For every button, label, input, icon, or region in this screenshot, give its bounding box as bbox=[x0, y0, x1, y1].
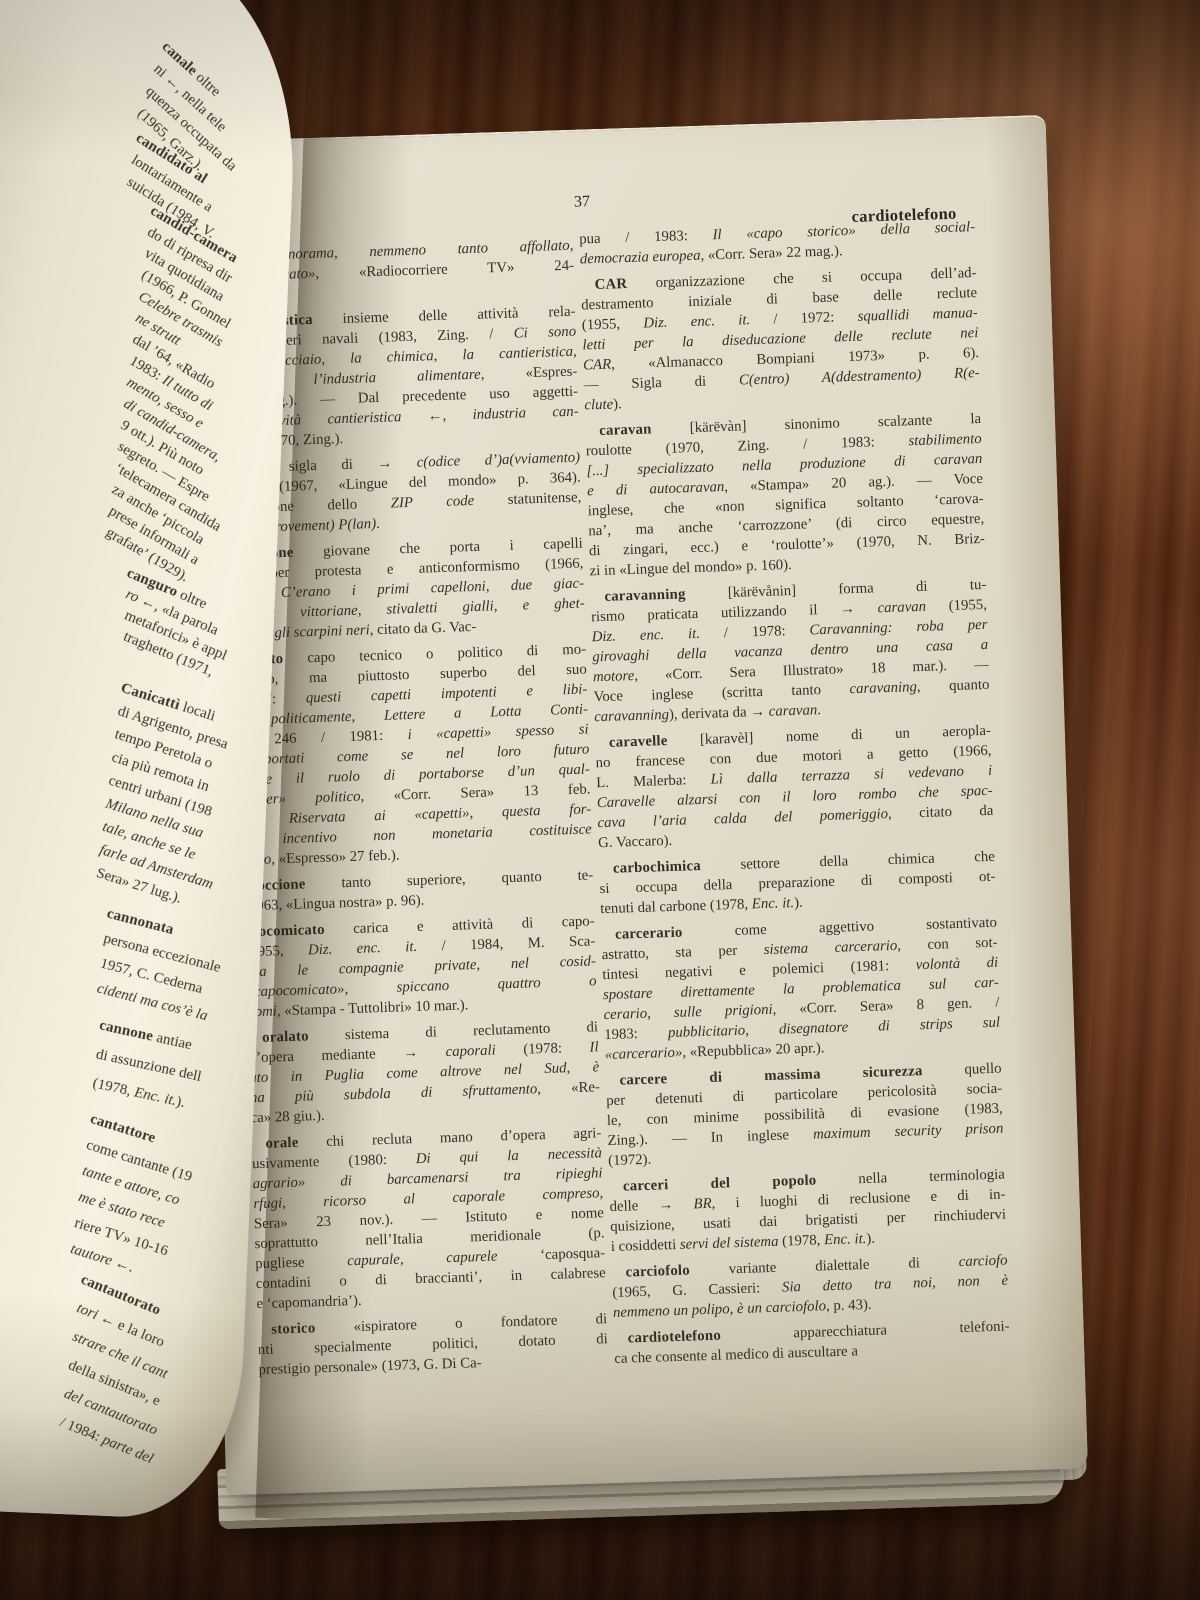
text-segment: ←. bbox=[109, 1254, 135, 1276]
text-segment: caravaning bbox=[849, 679, 917, 697]
right-column: pua / 1983: Il «capo storico» della soci… bbox=[579, 217, 1011, 1369]
text-segment: Enc. it. bbox=[752, 895, 795, 912]
text-segment: (1978, bbox=[91, 1075, 136, 1100]
text-segment: democrazia europea bbox=[580, 248, 701, 268]
text-segment: caravan bbox=[769, 702, 818, 720]
text-segment: Enc. it. bbox=[824, 1231, 867, 1248]
text-segment: Diz. enc. it. bbox=[643, 312, 750, 331]
text-segment: , p. 43). bbox=[826, 1297, 872, 1314]
curled-entry: cantattorecome cantante (19tante e attor… bbox=[48, 1106, 203, 1289]
text-segment: carciofo bbox=[958, 1253, 1007, 1271]
text-segment: (1955, bbox=[926, 597, 987, 615]
curled-entry: canguro oltrero ←, «la parolametaforici»… bbox=[101, 563, 245, 684]
curled-entry: cannonatapersona eccezionale1957, C. Ced… bbox=[85, 902, 229, 1030]
text-segment: G. Vaccaro). bbox=[598, 833, 673, 851]
text-segment: statunitense, bbox=[474, 490, 582, 509]
curled-entry: cantautoratotori ← e la lorostrare che i… bbox=[23, 1266, 211, 1473]
text-segment: Ci sono bbox=[514, 324, 577, 342]
text-segment: CAR bbox=[594, 276, 627, 293]
text-segment: clute bbox=[584, 397, 613, 414]
text-segment: caravan bbox=[877, 599, 926, 617]
text-segment: , «Repubblica» 20 apr.). bbox=[682, 1040, 825, 1060]
text-segment: motore bbox=[593, 668, 635, 685]
text-segment: quello bbox=[922, 1061, 1001, 1079]
text-segment: , bbox=[599, 1185, 603, 1201]
photo-open-dictionary: eratore, so-/ R. Bri-in questointelaiatu… bbox=[0, 0, 1200, 1600]
text-segment: BR bbox=[693, 1196, 712, 1213]
text-segment: caporali bbox=[445, 1043, 496, 1061]
text-segment: , «Corr. Sera» 22 mag.). bbox=[700, 243, 843, 263]
text-segment: carbochimica bbox=[613, 858, 701, 877]
text-segment: ZIP code bbox=[390, 493, 474, 512]
text-segment: cannone bbox=[98, 1017, 155, 1044]
text-segment: CAR bbox=[583, 357, 611, 374]
text-segment: caravan bbox=[599, 421, 652, 439]
text-segment: (1978, bbox=[778, 1232, 824, 1249]
text-segment: caravelle bbox=[609, 733, 668, 751]
curled-entry: cannone antiaedi assunzione dell(1978, E… bbox=[84, 1012, 211, 1121]
text-segment: (1972). bbox=[608, 1152, 652, 1169]
text-segment: pua / 1983: bbox=[579, 227, 713, 247]
text-segment: , «Re- bbox=[537, 1079, 600, 1097]
text-segment: / 1978: bbox=[700, 622, 810, 641]
text-segment: antiae bbox=[151, 1029, 193, 1053]
text-segment: caravanning bbox=[594, 707, 669, 725]
text-segment: stabilimento bbox=[908, 431, 982, 449]
page-number: 37 bbox=[574, 193, 591, 211]
text-segment: i cosiddetti bbox=[611, 1237, 681, 1255]
text-segment: , citato da bbox=[888, 803, 994, 822]
text-segment: carcerario bbox=[615, 925, 683, 943]
text-segment: Enc. it. bbox=[133, 1084, 178, 1109]
text-segment: nemmeno un polipo, è un carciofolo bbox=[613, 1298, 827, 1321]
text-segment: . bbox=[817, 702, 821, 718]
text-segment: tenuti dal carbone (1978, bbox=[600, 896, 752, 917]
text-segment: , con sot- bbox=[897, 935, 998, 954]
text-segment: ), derivata da → bbox=[669, 704, 769, 723]
text-segment: ). bbox=[175, 1094, 187, 1112]
text-segment: ). bbox=[613, 396, 622, 412]
text-segment: servi del sistema bbox=[680, 1234, 779, 1253]
text-segment: 1983: bbox=[604, 1025, 668, 1043]
text-segment: L. Malerba: bbox=[596, 772, 711, 792]
text-segment: maximum security prison bbox=[813, 1121, 1004, 1143]
text-segment: (1955, bbox=[582, 316, 644, 334]
text-segment: ‘caposqua- bbox=[497, 1245, 605, 1264]
curled-entry: candid-camerado di ripresa dirvita quoti… bbox=[0, 201, 302, 588]
text-segment: caravanning bbox=[604, 586, 686, 605]
text-segment: ). bbox=[794, 895, 803, 911]
text-segment: volontà di bbox=[915, 955, 998, 974]
text-segment: / 1972: bbox=[750, 309, 858, 328]
text-segment: e di autocaravan bbox=[587, 479, 725, 499]
text-segment: (1978: bbox=[496, 1040, 590, 1059]
text-segment: delle → bbox=[609, 1196, 693, 1215]
text-segment: sistema carcerario bbox=[763, 938, 897, 958]
text-segment: , «Espres- bbox=[480, 364, 577, 383]
text-segment: squallidi manua- bbox=[857, 305, 978, 325]
text-segment: , quanto bbox=[917, 677, 990, 695]
text-segment: Il bbox=[589, 1039, 599, 1055]
text-segment: zi in «Lingue del mondo» p. 160). bbox=[589, 557, 792, 579]
text-segment: «carcerario» bbox=[605, 1045, 683, 1063]
curled-entry: Canicattì localidi Agrigento, presatempo… bbox=[63, 677, 265, 918]
text-segment: carciofolo bbox=[625, 1263, 690, 1281]
text-segment: cardiotelefono bbox=[628, 1328, 722, 1347]
text-segment: ca che consente al medico di auscultare … bbox=[614, 1343, 858, 1367]
text-segment: ). bbox=[866, 1231, 875, 1247]
text-segment: Diz. enc. it. bbox=[591, 626, 700, 645]
text-segment: — Sigla di bbox=[584, 373, 740, 394]
